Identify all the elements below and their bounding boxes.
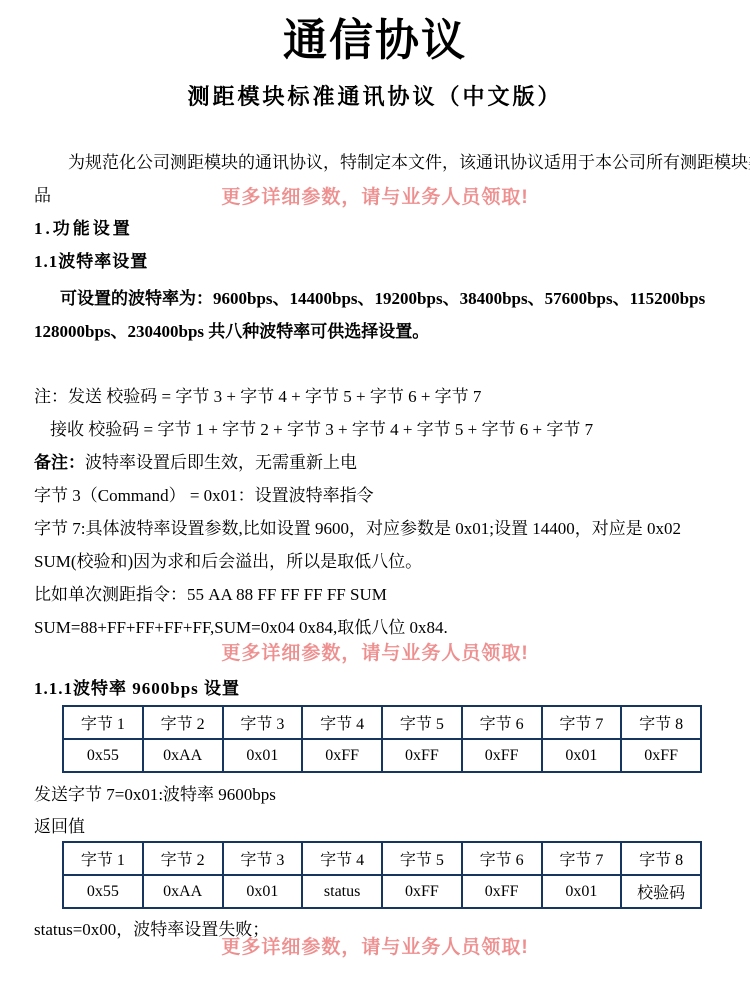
table-header-row: 字节 1 字节 2 字节 3 字节 4 字节 5 字节 6 字节 7 字节 8	[63, 842, 701, 875]
checksum-recv-note: 接收 校验码 = 字节 1 + 字节 2 + 字节 3 + 字节 4 + 字节 …	[50, 413, 716, 446]
table-value-cell: 0xFF	[462, 739, 542, 772]
table-header-cell: 字节 1	[63, 706, 143, 739]
table-value-cell: 0x55	[63, 739, 143, 772]
byte7-note: 字节 7:具体波特率设置参数,比如设置 9600，对应参数是 0x01;设置 1…	[34, 512, 716, 545]
table-header-cell: 字节 2	[143, 706, 223, 739]
table-value-cell: 0x01	[223, 739, 303, 772]
baud-rates-line-1: 可设置的波特率为：9600bps、14400bps、19200bps、38400…	[34, 282, 716, 315]
table-header-cell: 字节 2	[143, 842, 223, 875]
doc-title: 通信协议	[34, 18, 716, 64]
table-header-cell: 字节 4	[302, 842, 382, 875]
table-value-cell: 0xFF	[382, 875, 462, 908]
table-header-cell: 字节 5	[382, 706, 462, 739]
table-header-cell: 字节 7	[542, 706, 622, 739]
section-heading-1-1-1: 1.1.1波特率 9600bps 设置	[34, 672, 716, 705]
sum-overflow-note: SUM(校验和)因为求和后会溢出，所以是取低八位。	[34, 545, 716, 578]
doc-subtitle: 测距模块标准通讯协议（中文版）	[34, 84, 716, 110]
response-table: 字节 1 字节 2 字节 3 字节 4 字节 5 字节 6 字节 7 字节 8 …	[62, 841, 702, 909]
table-header-cell: 字节 6	[462, 706, 542, 739]
table-value-cell: 0x01	[223, 875, 303, 908]
table-header-cell: 字节 3	[223, 842, 303, 875]
watermark-text: 更多详细参数，请与业务人员领取!	[0, 937, 750, 959]
table-header-cell: 字节 8	[621, 706, 701, 739]
table-value-cell: 0x55	[63, 875, 143, 908]
table-value-cell: 0xFF	[382, 739, 462, 772]
section-heading-1: 1.功能设置	[34, 212, 716, 245]
document-page: 通信协议 测距模块标准通讯协议（中文版） 为规范化公司测距模块的通讯协议，特制定…	[0, 18, 750, 945]
table-value-row: 0x55 0xAA 0x01 0xFF 0xFF 0xFF 0x01 0xFF	[63, 739, 701, 772]
watermark-text: 更多详细参数，请与业务人员领取!	[0, 187, 750, 209]
watermark-text: 更多详细参数，请与业务人员领取!	[0, 643, 750, 665]
table-value-cell: 0x01	[542, 739, 622, 772]
table-value-cell: 0xAA	[143, 739, 223, 772]
table-header-row: 字节 1 字节 2 字节 3 字节 4 字节 5 字节 6 字节 7 字节 8	[63, 706, 701, 739]
baud-rates-line-2: 128000bps、230400bps 共八种波特率可供选择设置。	[34, 315, 716, 348]
table-header-cell: 字节 3	[223, 706, 303, 739]
return-value-label: 返回值	[34, 814, 716, 839]
table-value-row: 0x55 0xAA 0x01 status 0xFF 0xFF 0x01 校验码	[63, 875, 701, 908]
table-header-cell: 字节 5	[382, 842, 462, 875]
table-value-cell: 校验码	[621, 875, 701, 908]
intro-line-1: 为规范化公司测距模块的通讯协议，特制定本文件，该通讯协议适用于本公司所有测距模块…	[34, 146, 716, 179]
table-value-cell: 0xFF	[621, 739, 701, 772]
send-byte7-note: 发送字节 7=0x01:波特率 9600bps	[34, 780, 716, 810]
table-header-cell: 字节 4	[302, 706, 382, 739]
table-value-cell: 0x01	[542, 875, 622, 908]
table-header-cell: 字节 7	[542, 842, 622, 875]
example-command-note: 比如单次测距指令：55 AA 88 FF FF FF FF SUM	[34, 578, 716, 611]
remark-line: 备注：波特率设置后即生效，无需重新上电	[34, 446, 716, 479]
remark-text: 波特率设置后即生效，无需重新上电	[85, 453, 357, 472]
section-heading-1-1: 1.1波特率设置	[34, 245, 716, 278]
table-header-cell: 字节 8	[621, 842, 701, 875]
table-value-cell: 0xFF	[302, 739, 382, 772]
send-command-table: 字节 1 字节 2 字节 3 字节 4 字节 5 字节 6 字节 7 字节 8 …	[62, 705, 702, 773]
byte3-note: 字节 3（Command） = 0x01：设置波特率指令	[34, 479, 716, 512]
table-value-cell: 0xFF	[462, 875, 542, 908]
table-header-cell: 字节 6	[462, 842, 542, 875]
table-value-cell: 0xAA	[143, 875, 223, 908]
checksum-send-note: 注：发送 校验码 = 字节 3 + 字节 4 + 字节 5 + 字节 6 + 字…	[34, 380, 716, 413]
table-value-cell: status	[302, 875, 382, 908]
remark-label: 备注：	[34, 453, 85, 472]
table-header-cell: 字节 1	[63, 842, 143, 875]
sum-calc-note: SUM=88+FF+FF+FF+FF,SUM=0x04 0x84,取低八位 0x…	[34, 611, 716, 644]
